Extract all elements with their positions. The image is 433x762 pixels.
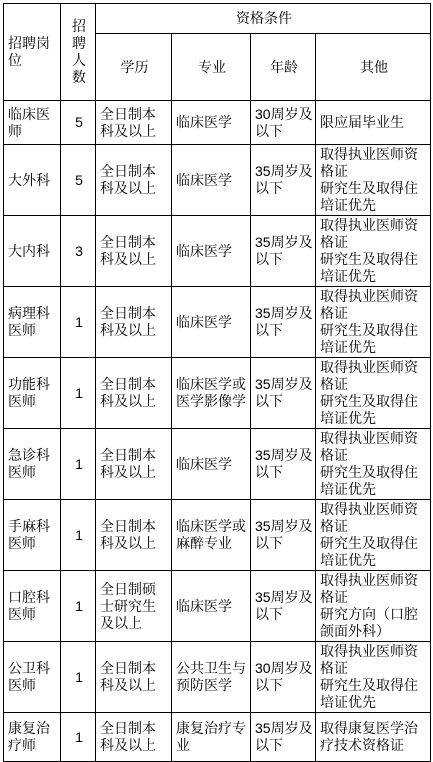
header-qualification: 资格条件: [96, 4, 431, 34]
table-row: 大内科 3 全日制本科及以上 临床医学 35周岁及以下 取得执业医师资格证 研究…: [4, 216, 431, 287]
cell-other: 取得康复医学治疗技术资格证: [316, 713, 431, 762]
cell-post: 功能科医师: [4, 358, 61, 429]
cell-education: 全日制本科及以上: [96, 101, 172, 145]
cell-count: 1: [61, 287, 96, 358]
cell-count: 3: [61, 216, 96, 287]
table-row: 临床医师 5 全日制本科及以上 临床医学 30周岁及以下 限应届毕业生: [4, 101, 431, 145]
table-row: 口腔科医师 1 全日制硕士研究生及以上 临床医学 35周岁及以下 取得执业医师资…: [4, 571, 431, 642]
cell-education: 全日制本科及以上: [96, 287, 172, 358]
cell-major: 临床医学: [172, 287, 251, 358]
cell-education: 全日制硕士研究生及以上: [96, 571, 172, 642]
cell-count: 1: [61, 500, 96, 571]
cell-age: 35周岁及以下: [251, 358, 316, 429]
cell-count: 5: [61, 145, 96, 216]
cell-post: 手麻科医师: [4, 500, 61, 571]
table-row: 功能科医师 1 全日制本科及以上 临床医学或医学影像学 35周岁及以下 取得执业…: [4, 358, 431, 429]
table-row: 公卫科医师 1 全日制本科及以上 公共卫生与预防医学 30周岁及以下 取得执业医…: [4, 642, 431, 713]
cell-count: 1: [61, 713, 96, 762]
table-row: 大外科 5 全日制本科及以上 临床医学 35周岁及以下 取得执业医师资格证 研究…: [4, 145, 431, 216]
cell-major: 公共卫生与预防医学: [172, 642, 251, 713]
cell-education: 全日制本科及以上: [96, 500, 172, 571]
cell-major: 康复治疗专业: [172, 713, 251, 762]
cell-count: 5: [61, 101, 96, 145]
cell-post: 急诊科医师: [4, 429, 61, 500]
cell-count: 1: [61, 429, 96, 500]
header-post: 招聘岗位: [4, 4, 61, 101]
header-count: 招 聘 人 数: [61, 4, 96, 101]
cell-education: 全日制本科及以上: [96, 358, 172, 429]
cell-post: 公卫科医师: [4, 642, 61, 713]
header-row-1: 招聘岗位 招 聘 人 数 资格条件: [4, 4, 431, 34]
cell-post: 大内科: [4, 216, 61, 287]
cell-post: 康复治疗师: [4, 713, 61, 762]
cell-age: 30周岁及以下: [251, 642, 316, 713]
cell-age: 30周岁及以下: [251, 101, 316, 145]
header-education: 学历: [96, 34, 172, 101]
cell-count: 1: [61, 642, 96, 713]
cell-post: 口腔科医师: [4, 571, 61, 642]
cell-post: 病理科医师: [4, 287, 61, 358]
table-row: 康复治疗师 1 全日制本科及以上 康复治疗专业 35周岁及以下 取得康复医学治疗…: [4, 713, 431, 762]
cell-other: 取得执业医师资格证 研究生及取得住培证优先: [316, 287, 431, 358]
cell-age: 35周岁及以下: [251, 500, 316, 571]
cell-education: 全日制本科及以上: [96, 429, 172, 500]
cell-education: 全日制本科及以上: [96, 145, 172, 216]
cell-major: 临床医学或医学影像学: [172, 358, 251, 429]
cell-major: 临床医学或麻醉专业: [172, 500, 251, 571]
cell-major: 临床医学: [172, 145, 251, 216]
cell-other: 取得执业医师资格证 研究生及取得住培证优先: [316, 358, 431, 429]
cell-post: 临床医师: [4, 101, 61, 145]
cell-major: 临床医学: [172, 101, 251, 145]
cell-other: 取得执业医师资格证 研究生及取得住培证优先: [316, 642, 431, 713]
cell-age: 35周岁及以下: [251, 216, 316, 287]
cell-other: 取得执业医师资格证 研究生及取得住培证优先: [316, 429, 431, 500]
cell-education: 全日制本科及以上: [96, 642, 172, 713]
header-major: 专业: [172, 34, 251, 101]
cell-education: 全日制本科及以上: [96, 713, 172, 762]
cell-age: 35周岁及以下: [251, 287, 316, 358]
cell-major: 临床医学: [172, 571, 251, 642]
table-row: 手麻科医师 1 全日制本科及以上 临床医学或麻醉专业 35周岁及以下 取得执业医…: [4, 500, 431, 571]
cell-count: 1: [61, 571, 96, 642]
cell-post: 大外科: [4, 145, 61, 216]
cell-age: 35周岁及以下: [251, 713, 316, 762]
cell-other: 取得执业医师资格证 研究生及取得住培证优先: [316, 500, 431, 571]
cell-major: 临床医学: [172, 216, 251, 287]
cell-other: 取得执业医师资格证 研究生及取得住培证优先: [316, 216, 431, 287]
cell-count: 1: [61, 358, 96, 429]
table-row: 病理科医师 1 全日制本科及以上 临床医学 35周岁及以下 取得执业医师资格证 …: [4, 287, 431, 358]
cell-other: 限应届毕业生: [316, 101, 431, 145]
cell-age: 35周岁及以下: [251, 145, 316, 216]
cell-other: 取得执业医师资格证 研究生及取得住培证优先: [316, 145, 431, 216]
cell-education: 全日制本科及以上: [96, 216, 172, 287]
header-other: 其他: [316, 34, 431, 101]
recruitment-table: 招聘岗位 招 聘 人 数 资格条件 学历 专业 年龄 其他 临床医师 5 全日制…: [3, 3, 431, 762]
cell-major: 临床医学: [172, 429, 251, 500]
cell-age: 35周岁及以下: [251, 429, 316, 500]
header-age: 年龄: [251, 34, 316, 101]
table-row: 急诊科医师 1 全日制本科及以上 临床医学 35周岁及以下 取得执业医师资格证 …: [4, 429, 431, 500]
cell-other: 取得执业医师资格证 研究方向（口腔颌面外科）: [316, 571, 431, 642]
cell-age: 35周岁及以下: [251, 571, 316, 642]
